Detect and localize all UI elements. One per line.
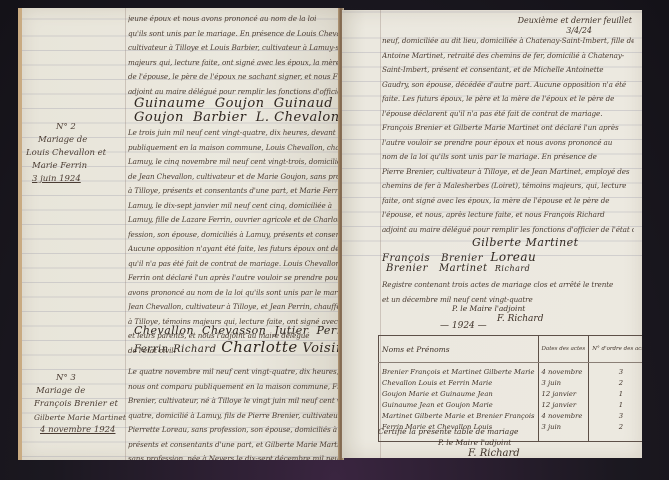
- text-line: Antoine Martinet, retraité des chemins d…: [382, 49, 634, 64]
- cell-date: 12 janvier: [538, 400, 589, 411]
- column-header-dates: Dates des actes: [538, 336, 589, 363]
- signature-row: Brenier Martinet Richard: [386, 263, 530, 274]
- signature: Ferrin: [134, 344, 169, 355]
- cert-signature: F. Richard: [378, 448, 520, 458]
- signoff-text: P. le Maire l'adjoint: [452, 303, 544, 314]
- signature: Goujon: [215, 96, 265, 111]
- text-line: sans profession, née à Nevers le dix-sep…: [128, 452, 340, 460]
- right-page: Deuxième et dernier feuillet 3/4/24 neuf…: [342, 10, 642, 458]
- signature-row: Goujon Barbier L. Chevalon Richard: [134, 110, 344, 125]
- signature: Chevasson: [202, 324, 266, 337]
- cell-date: 4 novembre: [538, 411, 589, 422]
- signature: L. Chevalon: [256, 110, 340, 125]
- entry-name: François Brenier et: [26, 398, 126, 411]
- text-line: Gaudry, son épouse, décédée d'autre part…: [382, 78, 634, 93]
- cell-number: 3: [589, 363, 642, 379]
- column-header-names: Noms et Prénoms: [379, 336, 539, 363]
- text-line: adjoint au maire délégué pour remplir le…: [382, 223, 634, 238]
- signature: Richard: [173, 344, 216, 355]
- entry-date: 3 juin 1924: [26, 173, 106, 186]
- cell-name: Martinet Gilberte Marie et Brenier Franç…: [379, 411, 539, 422]
- text-line: faite, ont signé avec les époux, la mère…: [382, 194, 634, 209]
- text-line: Lamuy, le dix-sept janvier mil neuf cent…: [128, 199, 340, 214]
- page-header-note: Deuxième et dernier feuillet 3/4/24: [518, 16, 632, 36]
- entry-number: N° 3: [26, 372, 126, 385]
- table-row: Brenier François et Martinet Gilberte Ma…: [379, 363, 643, 379]
- entry-3-text: Le quatre novembre mil neuf cent vingt-q…: [128, 365, 340, 460]
- entry-date: 4 novembre 1924: [26, 424, 126, 437]
- text-line: publiquement en la maison commune, Louis…: [128, 141, 340, 156]
- text-line: de l'épouse, le père de l'époux ne sacha…: [128, 70, 340, 85]
- entry-name: Marie Ferrin: [26, 160, 106, 173]
- entry-name: Gilberte Marie Martinet: [26, 411, 126, 424]
- text-line: jeune époux et nous avons prononcé au no…: [128, 12, 340, 27]
- table-row: Goujon Marie et Guinaume Jean 12 janvier…: [379, 389, 643, 400]
- text-line: Aucune opposition n'ayant été faite, les…: [128, 242, 340, 257]
- table-row: Martinet Gilberte Marie et Brenier Franç…: [379, 411, 643, 422]
- signature-row: François Brenier Loreau: [382, 250, 536, 264]
- cert-signoff: P. le Maire l'adjoint: [378, 437, 520, 448]
- table-row: Chevallon Louis et Ferrin Marie 3 juin 2: [379, 378, 643, 389]
- text-line: avons prononcé au nom de la loi qu'ils s…: [128, 286, 340, 301]
- signature: Chevallon: [134, 324, 194, 337]
- signature: Charlotte: [221, 338, 298, 356]
- signature: Guinaume: [134, 96, 205, 111]
- text-line: Pierre Brenier, cultivateur à Tilloye, e…: [382, 165, 634, 180]
- signature-row: Chevallon Chevasson Jutier Perrin: [134, 324, 344, 337]
- signature: Barbier: [193, 110, 246, 125]
- text-line: majeurs qui, lecture faite, ont signé av…: [128, 56, 340, 71]
- left-page: jeune époux et nous avons prononcé au no…: [18, 8, 344, 460]
- text-line: Brenier, cultivateur, né à Tilloye le vi…: [128, 394, 340, 409]
- text-line: Lamuy, le cinq novembre mil neuf cent vi…: [128, 155, 340, 170]
- text-line: de Jean Chevallon, cultivateur et de Mar…: [128, 170, 340, 185]
- text-line: nous ont comparu publiquement en la mais…: [128, 380, 340, 395]
- year-heading: — 1924 —: [440, 321, 487, 331]
- entry-2-margin-note: N° 2 Mariage de Louis Chevallon et Marie…: [26, 121, 106, 186]
- entry-title: Mariage de: [26, 385, 126, 398]
- cell-date: 3 juin: [538, 422, 589, 442]
- cell-date: 4 novembre: [538, 363, 589, 379]
- text-line: Pierrette Loreau, sans profession, son é…: [128, 423, 340, 438]
- entry-number: N° 2: [26, 121, 106, 134]
- header-text: Deuxième et dernier feuillet: [518, 16, 632, 26]
- text-line: Ferrin ont déclaré l'un après l'autre vo…: [128, 271, 340, 286]
- entry-title: Mariage de: [26, 134, 106, 147]
- cell-name: Guinaume Jean et Goujon Marie: [379, 400, 539, 411]
- text-line: Registre contenant trois actes de mariag…: [382, 278, 634, 293]
- cell-name: Chevallon Louis et Ferrin Marie: [379, 378, 539, 389]
- signature: Guinaud: [274, 96, 333, 111]
- cell-number: 2: [589, 422, 642, 442]
- continuation-text: jeune époux et nous avons prononcé au no…: [128, 12, 340, 99]
- signature: Brenier: [386, 263, 428, 274]
- text-line: cultivateur à Tilloye et Louis Barbier, …: [128, 41, 340, 56]
- text-line: Le quatre novembre mil neuf cent vingt-q…: [128, 365, 340, 380]
- cell-name: Brenier François et Martinet Gilberte Ma…: [379, 363, 539, 379]
- signature-row: Gilberte Martinet: [472, 236, 579, 249]
- entry-3-continuation: neuf, domiciliée au dit lieu, domiciliée…: [382, 34, 634, 237]
- text-line: l'épouse, et nous, après lecture faite, …: [382, 208, 634, 223]
- signature: Jutier: [274, 324, 308, 337]
- signature-row: Guinaume Goujon Guinaud Guyoyon: [134, 96, 344, 111]
- text-line: à Tilloye, présents et consentants d'une…: [128, 184, 340, 199]
- certification-block: Certifié la présente table de mariage P.…: [378, 426, 520, 458]
- text-line: faite. Les futurs époux, le père et la m…: [382, 92, 634, 107]
- signature-row: Ferrin Richard Charlotte Voisin: [134, 338, 344, 356]
- entry-3-margin-note: N° 3 Mariage de François Brenier et Gilb…: [26, 372, 126, 437]
- signature: Loreau: [490, 250, 536, 264]
- text-line: fession, son épouse, domiciliés à Lamuy,…: [128, 228, 340, 243]
- text-line: qu'il n'a pas été fait de contrat de mar…: [128, 257, 340, 272]
- text-line: chemins de fer à Malesherbes (Loiret), t…: [382, 179, 634, 194]
- certification-text: Certifié la présente table de mariage: [378, 426, 520, 437]
- text-line: Le trois juin mil neuf cent vingt-quatre…: [128, 126, 340, 141]
- text-line: présents et consentants d'une part, et G…: [128, 438, 340, 453]
- text-line: Jean Chevallon, cultivateur à Tilloye, e…: [128, 300, 340, 315]
- text-line: nom de la loi qu'ils sont unis par le ma…: [382, 150, 634, 165]
- text-line: neuf, domiciliée au dit lieu, domiciliée…: [382, 34, 634, 49]
- column-header-numbers: N° d'ordre des actes: [589, 336, 642, 363]
- text-line: Lamuy, fille de Lazare Ferrin, ouvrier a…: [128, 213, 340, 228]
- signature: Richard: [495, 264, 530, 273]
- cell-number: 2: [589, 378, 642, 389]
- text-line: l'épouse déclarent qu'il n'a pas été fai…: [382, 107, 634, 122]
- signature: Gilberte Martinet: [472, 236, 579, 249]
- cell-number: 1: [589, 389, 642, 400]
- signature: Goujon: [134, 110, 184, 125]
- cell-date: 3 juin: [538, 378, 589, 389]
- signature: Martinet: [439, 263, 488, 274]
- cell-number: 1: [589, 400, 642, 411]
- text-line: Saint-Imbert, présent et consentant, et …: [382, 63, 634, 78]
- cell-name: Goujon Marie et Guinaume Jean: [379, 389, 539, 400]
- cell-date: 12 janvier: [538, 389, 589, 400]
- cell-number: 3: [589, 411, 642, 422]
- text-line: qu'ils sont unis par le mariage. En prés…: [128, 27, 340, 42]
- text-line: l'autre vouloir se prendre pour époux et…: [382, 136, 634, 151]
- text-line: François Brenier et Gilberte Marie Marti…: [382, 121, 634, 136]
- table-row: Guinaume Jean et Goujon Marie 12 janvier…: [379, 400, 643, 411]
- text-line: quatre, domicilié à Lamuy, fils de Pierr…: [128, 409, 340, 424]
- entry-name: Louis Chevallon et: [26, 147, 106, 160]
